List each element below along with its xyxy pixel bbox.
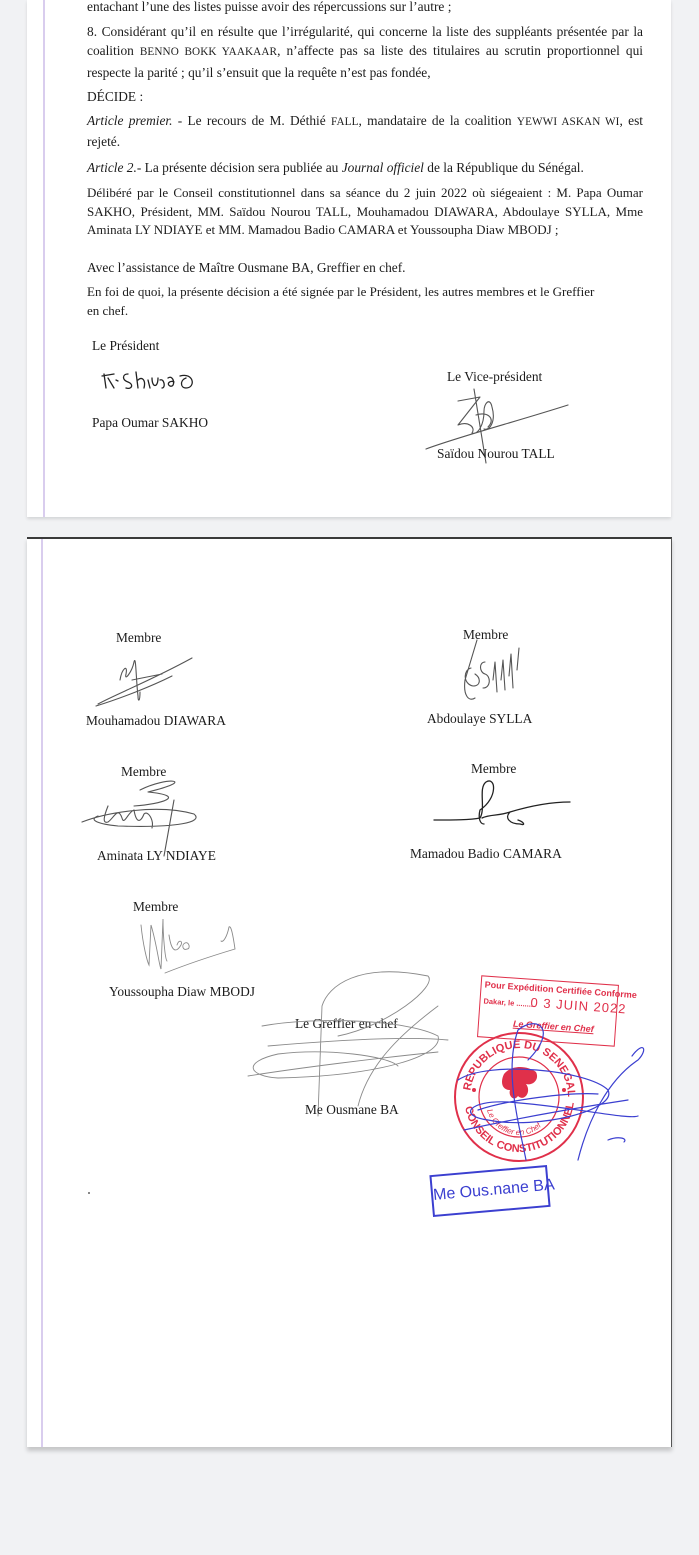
en-foi-paragraph: En foi de quoi, la présente décision a é… bbox=[87, 283, 607, 320]
margin-line bbox=[43, 0, 45, 517]
greffier-name: Me Ousmane BA bbox=[305, 1100, 399, 1119]
paragraph-8: 8. Considérant qu’il en résulte que l’ir… bbox=[87, 22, 643, 82]
member-5-title: Membre bbox=[133, 897, 178, 916]
article-premier: Article premier. - Le recours de M. Déth… bbox=[87, 111, 643, 152]
assistance-text: Avec l’assistance de Maître Ousmane BA, … bbox=[87, 258, 406, 277]
vice-president-title: Le Vice-président bbox=[447, 367, 542, 386]
member-5-signature bbox=[135, 915, 245, 985]
member-3-name: Aminata LY NDIAYE bbox=[97, 846, 216, 865]
member-1-name: Mouhamadou DIAWARA bbox=[86, 711, 226, 730]
member-2-signature bbox=[455, 640, 545, 710]
speck bbox=[88, 1192, 90, 1194]
member-1-title: Membre bbox=[116, 628, 161, 647]
member-4-name: Mamadou Badio CAMARA bbox=[410, 844, 562, 863]
delibere-paragraph: Délibéré par le Conseil constitutionnel … bbox=[87, 184, 643, 240]
margin-line bbox=[41, 539, 43, 1447]
member-1-signature bbox=[92, 652, 202, 710]
member-2-name: Abdoulaye SYLLA bbox=[427, 709, 532, 728]
decide-heading: DÉCIDE : bbox=[87, 87, 143, 106]
member-3-signature bbox=[78, 776, 218, 856]
vice-president-name: Saïdou Nourou TALL bbox=[437, 444, 555, 463]
president-title: Le Président bbox=[92, 336, 159, 355]
president-signature bbox=[100, 366, 230, 394]
greffier-blue-signature bbox=[448, 1020, 648, 1170]
president-name: Papa Oumar SAKHO bbox=[92, 413, 208, 432]
member-4-signature bbox=[430, 778, 580, 838]
member-4-title: Membre bbox=[471, 759, 516, 778]
text-line-top: entachant l’une des listes puisse avoir … bbox=[87, 0, 451, 16]
article-2: Article 2.- La présente décision sera pu… bbox=[87, 158, 584, 177]
greffier-signature bbox=[238, 966, 448, 1116]
member-5-name: Youssoupha Diaw MBODJ bbox=[109, 982, 255, 1001]
